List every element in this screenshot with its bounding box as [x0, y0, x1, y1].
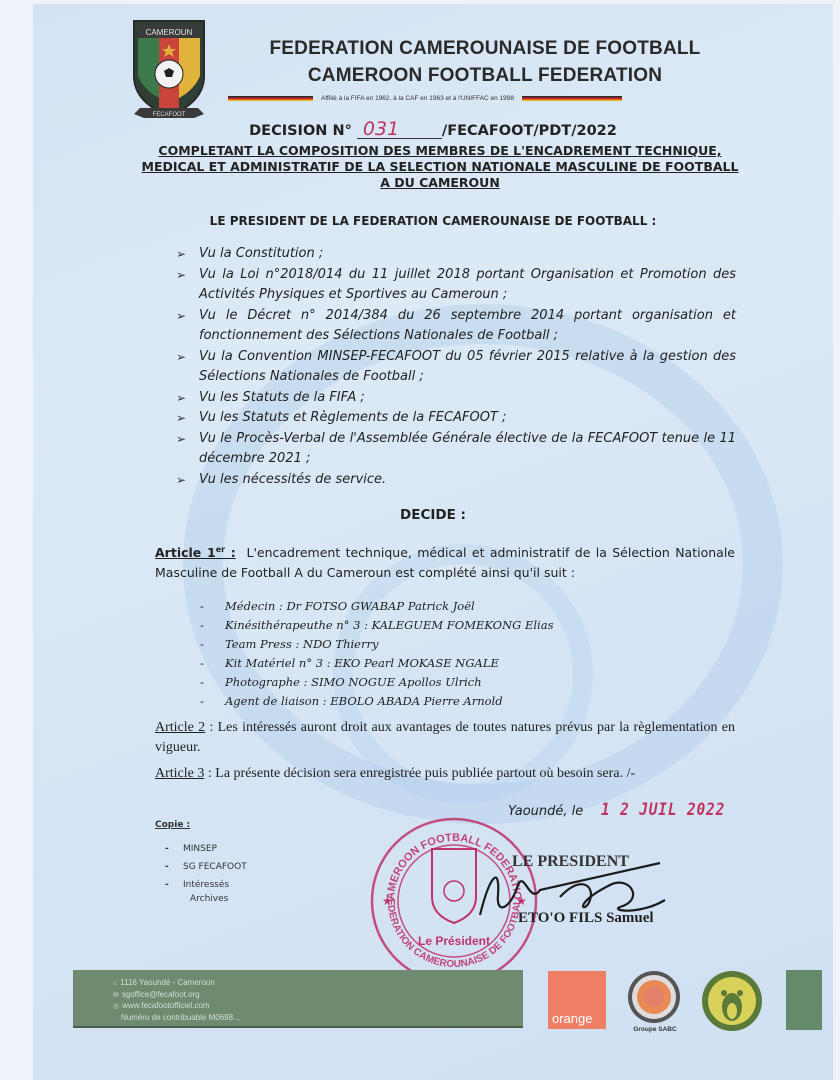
president-heading: LE PRESIDENT DE LA FEDERATION CAMEROUNAI… — [33, 214, 833, 228]
article-3-text: : La présente décision sera enregistrée … — [208, 766, 635, 781]
copy-recipient: -Intéressés — [165, 876, 247, 894]
member-item: -Team Press : NDO Thierry — [200, 635, 620, 654]
affiliation-row: Affilié à la FIFA en 1962, à la CAF en 1… — [228, 92, 728, 104]
date-stamp: 1 2 JUIL 2022 — [601, 800, 725, 820]
dash-bullet-icon: - — [165, 840, 169, 858]
flag-stripe-left — [228, 96, 313, 101]
member-item: -Kinésithérapeuthe n° 3 : KALEGUEM FOMEK… — [200, 616, 620, 635]
article-2-label: Article 2 — [155, 720, 205, 735]
flag-stripe-right — [522, 96, 622, 101]
footer-taxpayer: Numéro de contribuable M0698… — [113, 1013, 523, 1024]
dash-bullet-icon: - — [200, 616, 204, 635]
consideration-item: ➢Vu la Convention MINSEP-FECAFOOT du 05 … — [176, 347, 736, 388]
decision-suffix: /FECAFOOT/PDT/2022 — [442, 123, 617, 139]
title-french: FEDERATION CAMEROUNAISE DE FOOTBALL — [225, 35, 745, 62]
dash-bullet-icon: - — [200, 692, 204, 711]
scan-margin — [0, 0, 33, 1080]
dash-bullet-icon: - — [165, 858, 169, 876]
dash-bullet-icon: - — [200, 654, 204, 673]
arrow-bullet-icon: ➢ — [176, 408, 186, 429]
decision-number: 031 — [357, 120, 442, 139]
svg-text:Le Président: Le Président — [418, 934, 490, 948]
lion-emblem-logo — [700, 969, 764, 1033]
arrow-bullet-icon: ➢ — [176, 470, 186, 491]
svg-text:FECAFOOT: FECAFOOT — [153, 112, 186, 118]
dash-bullet-icon: - — [200, 673, 204, 692]
arrow-bullet-icon: ➢ — [176, 306, 186, 327]
footer-email[interactable]: ✉sgoffice@fecafoot.org — [113, 990, 523, 1002]
svg-text:★: ★ — [382, 894, 393, 908]
decide-heading: DECIDE : — [33, 507, 833, 523]
orange-sponsor-logo: orange — [548, 971, 606, 1029]
decision-subject: COMPLETANT LA COMPOSITION DES MEMBRES DE… — [140, 143, 740, 191]
consideration-item: ➢Vu le Décret n° 2014/384 du 26 septembr… — [176, 306, 736, 347]
member-item: -Photographe : SIMO NOGUE Apollos Ulrich — [200, 673, 620, 692]
copy-archives: Archives — [155, 894, 247, 904]
article-2-text: : Les intéressés auront droit aux avanta… — [155, 720, 735, 755]
member-item: -Agent de liaison : EBOLO ABADA Pierre A… — [200, 692, 620, 711]
title-english: CAMEROON FOOTBALL FEDERATION — [225, 62, 745, 89]
globe-icon: ◎ — [113, 1003, 119, 1010]
arrow-bullet-icon: ➢ — [176, 244, 186, 265]
svg-text:CAMEROUN: CAMEROUN — [146, 28, 193, 37]
copies-title: Copie : — [155, 820, 247, 830]
copy-recipient: -MINSEP — [165, 840, 247, 858]
arrow-bullet-icon: ➢ — [176, 388, 186, 409]
copy-recipient: -SG FECAFOOT — [165, 858, 247, 876]
footer-address: ⌂1116 Yaoundé - Cameroun — [113, 978, 523, 990]
article-2: Article 2 : Les intéressés auront droit … — [155, 718, 735, 758]
article-3-label: Article 3 — [155, 766, 204, 781]
dash-bullet-icon: - — [165, 876, 169, 894]
arrow-bullet-icon: ➢ — [176, 265, 186, 286]
federation-title: FEDERATION CAMEROUNAISE DE FOOTBALL CAME… — [225, 35, 745, 89]
member-item: -Kit Matériel n° 3 : EKO Pearl MOKASE NG… — [200, 654, 620, 673]
copies-list: -MINSEP-SG FECAFOOT-Intéressés — [155, 840, 247, 894]
consideration-item: ➢Vu les Statuts et Règlements de la FECA… — [176, 408, 736, 429]
arrow-bullet-icon: ➢ — [176, 347, 186, 368]
article-3: Article 3 : La présente décision sera en… — [155, 764, 735, 784]
mail-icon: ✉ — [113, 992, 119, 999]
footer-contact-bar: ⌂1116 Yaoundé - Cameroun ✉sgoffice@fecaf… — [73, 970, 523, 1028]
members-list: -Médecin : Dr FOTSO GWABAP Patrick Joël-… — [200, 597, 620, 711]
copies-block: Copie : -MINSEP-SG FECAFOOT-Intéressés A… — [155, 820, 247, 904]
sabc-sponsor-logo — [624, 969, 684, 1033]
arrow-bullet-icon: ➢ — [176, 429, 186, 450]
consideration-item: ➢Vu le Procès-Verbal de l'Assemblée Géné… — [176, 429, 736, 470]
article-1: Article 1er : L'encadrement technique, m… — [155, 540, 735, 583]
considerations-list: ➢Vu la Constitution ;➢Vu la Loi n°2018/0… — [176, 244, 736, 490]
footer-website[interactable]: ◎www.fecafootofficiel.com — [113, 1001, 523, 1013]
affiliation-text: Affilié à la FIFA en 1962, à la CAF en 1… — [321, 95, 514, 102]
article-1-label: Article 1er : — [155, 545, 236, 560]
sabc-label: Groupe SABC — [626, 1026, 684, 1033]
dash-bullet-icon: - — [200, 635, 204, 654]
footer-green-block — [786, 970, 822, 1030]
article-1-text: L'encadrement technique, médical et admi… — [155, 545, 735, 580]
decision-prefix: DECISION N° — [249, 123, 352, 139]
place-and-date: Yaoundé, le 1 2 JUIL 2022 — [508, 800, 747, 820]
member-item: -Médecin : Dr FOTSO GWABAP Patrick Joël — [200, 597, 620, 616]
fecafoot-crest-logo: CAMEROUN FECAFOOT — [130, 18, 208, 122]
dash-bullet-icon: - — [200, 597, 204, 616]
home-icon: ⌂ — [113, 980, 117, 987]
consideration-item: ➢Vu les Statuts de la FIFA ; — [176, 388, 736, 409]
president-name: ETO'O FILS Samuel — [518, 910, 654, 927]
consideration-item: ➢Vu les nécessités de service. — [176, 470, 736, 491]
decision-number-line: DECISION N° 031/FECAFOOT/PDT/2022 — [33, 120, 833, 139]
consideration-item: ➢Vu la Loi n°2018/014 du 11 juillet 2018… — [176, 265, 736, 306]
consideration-item: ➢Vu la Constitution ; — [176, 244, 736, 265]
